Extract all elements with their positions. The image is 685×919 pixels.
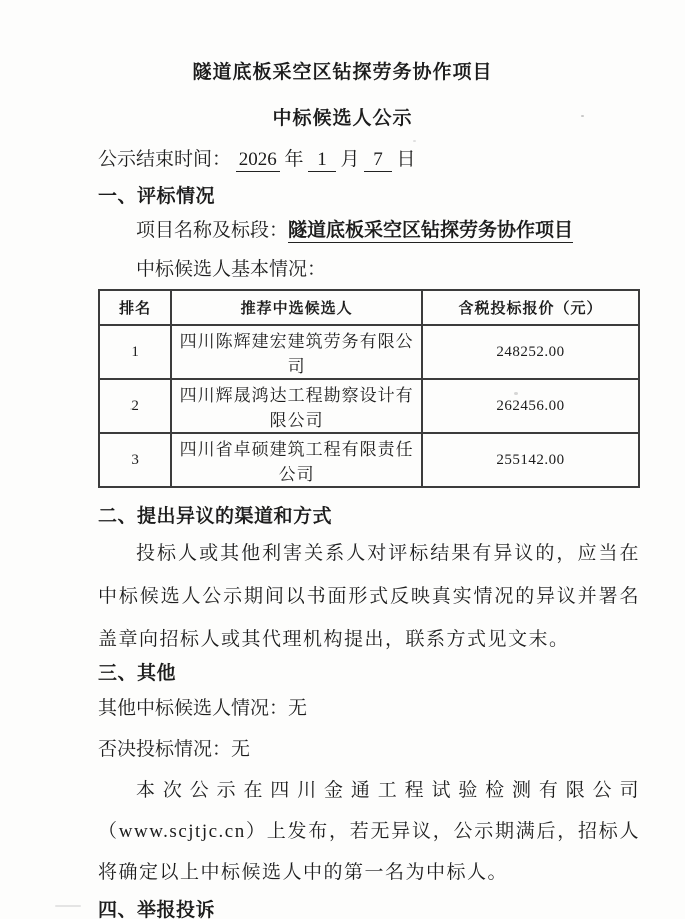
scan-artifact <box>130 408 133 410</box>
company-cell: 四川辉晟鸿达工程勘察设计有限公司 <box>171 379 422 433</box>
price-cell: 255142.00 <box>422 433 639 487</box>
scan-artifact <box>55 905 81 907</box>
table-header-company: 推荐中选候选人 <box>171 290 422 325</box>
publish-end-day-unit: 日 <box>397 149 416 170</box>
section-3-heading: 三、其他 <box>98 661 640 686</box>
project-name-value: 隧道底板采空区钻探劳务协作项目 <box>288 220 573 243</box>
rank-cell: 1 <box>99 325 171 379</box>
publish-end-year-unit: 年 <box>285 149 304 170</box>
publish-end-day: 7 <box>364 149 392 172</box>
publish-info-paragraph: 本次公示在四川金通工程试验检测有限公司（www.scjtjc.cn）上发布，若无… <box>98 770 640 893</box>
rejected-bids-line: 否决投标情况：无 <box>98 729 640 770</box>
scan-artifact <box>581 115 584 117</box>
table-row: 3 四川省卓硕建筑工程有限责任公司 255142.00 <box>99 433 639 487</box>
candidates-intro-line: 中标候选人基本情况： <box>98 257 640 283</box>
table-header-row: 排名 推荐中选候选人 含税投标报价（元） <box>99 290 639 325</box>
scan-artifact <box>413 140 416 142</box>
table-row: 2 四川辉晟鸿达工程勘察设计有限公司 262456.00 <box>99 379 639 433</box>
document-subtitle: 中标候选人公示 <box>0 106 685 131</box>
table-header-price: 含税投标报价（元） <box>422 290 639 325</box>
publish-end-date-line: 公示结束时间： 2026 年 1 月 7 日 <box>98 146 640 173</box>
section-4-heading: 四、举报投诉 <box>98 898 640 919</box>
section-1-heading: 一、评标情况 <box>98 184 640 209</box>
project-name-line: 项目名称及标段：隧道底板采空区钻探劳务协作项目 <box>98 218 640 244</box>
scan-artifact <box>514 392 518 395</box>
company-cell: 四川陈辉建宏建筑劳务有限公司 <box>171 325 422 379</box>
table-header-rank: 排名 <box>99 290 171 325</box>
price-cell: 262456.00 <box>422 379 639 433</box>
bid-candidates-table: 排名 推荐中选候选人 含税投标报价（元） 1 四川陈辉建宏建筑劳务有限公司 24… <box>98 289 640 488</box>
company-cell: 四川省卓硕建筑工程有限责任公司 <box>171 433 422 487</box>
publish-end-label: 公示结束时间： <box>98 149 231 170</box>
table-row: 1 四川陈辉建宏建筑劳务有限公司 248252.00 <box>99 325 639 379</box>
scanned-document-page: 隧道底板采空区钻探劳务协作项目 中标候选人公示 公示结束时间： 2026 年 1… <box>0 0 685 919</box>
other-candidates-line: 其他中标候选人情况：无 <box>98 688 640 729</box>
publish-end-year: 2026 <box>236 149 280 172</box>
project-name-label: 项目名称及标段： <box>136 220 288 241</box>
page-title: 隧道底板采空区钻探劳务协作项目 <box>0 60 685 85</box>
rank-cell: 3 <box>99 433 171 487</box>
section-2-heading: 二、提出异议的渠道和方式 <box>98 504 640 529</box>
rank-cell: 2 <box>99 379 171 433</box>
other-status-block: 其他中标候选人情况：无 否决投标情况：无 <box>98 688 640 770</box>
publish-end-month: 1 <box>308 149 336 172</box>
price-cell: 248252.00 <box>422 325 639 379</box>
publish-end-month-unit: 月 <box>341 149 360 170</box>
objection-paragraph: 投标人或其他利害关系人对评标结果有异议的，应当在中标候选人公示期间以书面形式反映… <box>98 532 640 661</box>
